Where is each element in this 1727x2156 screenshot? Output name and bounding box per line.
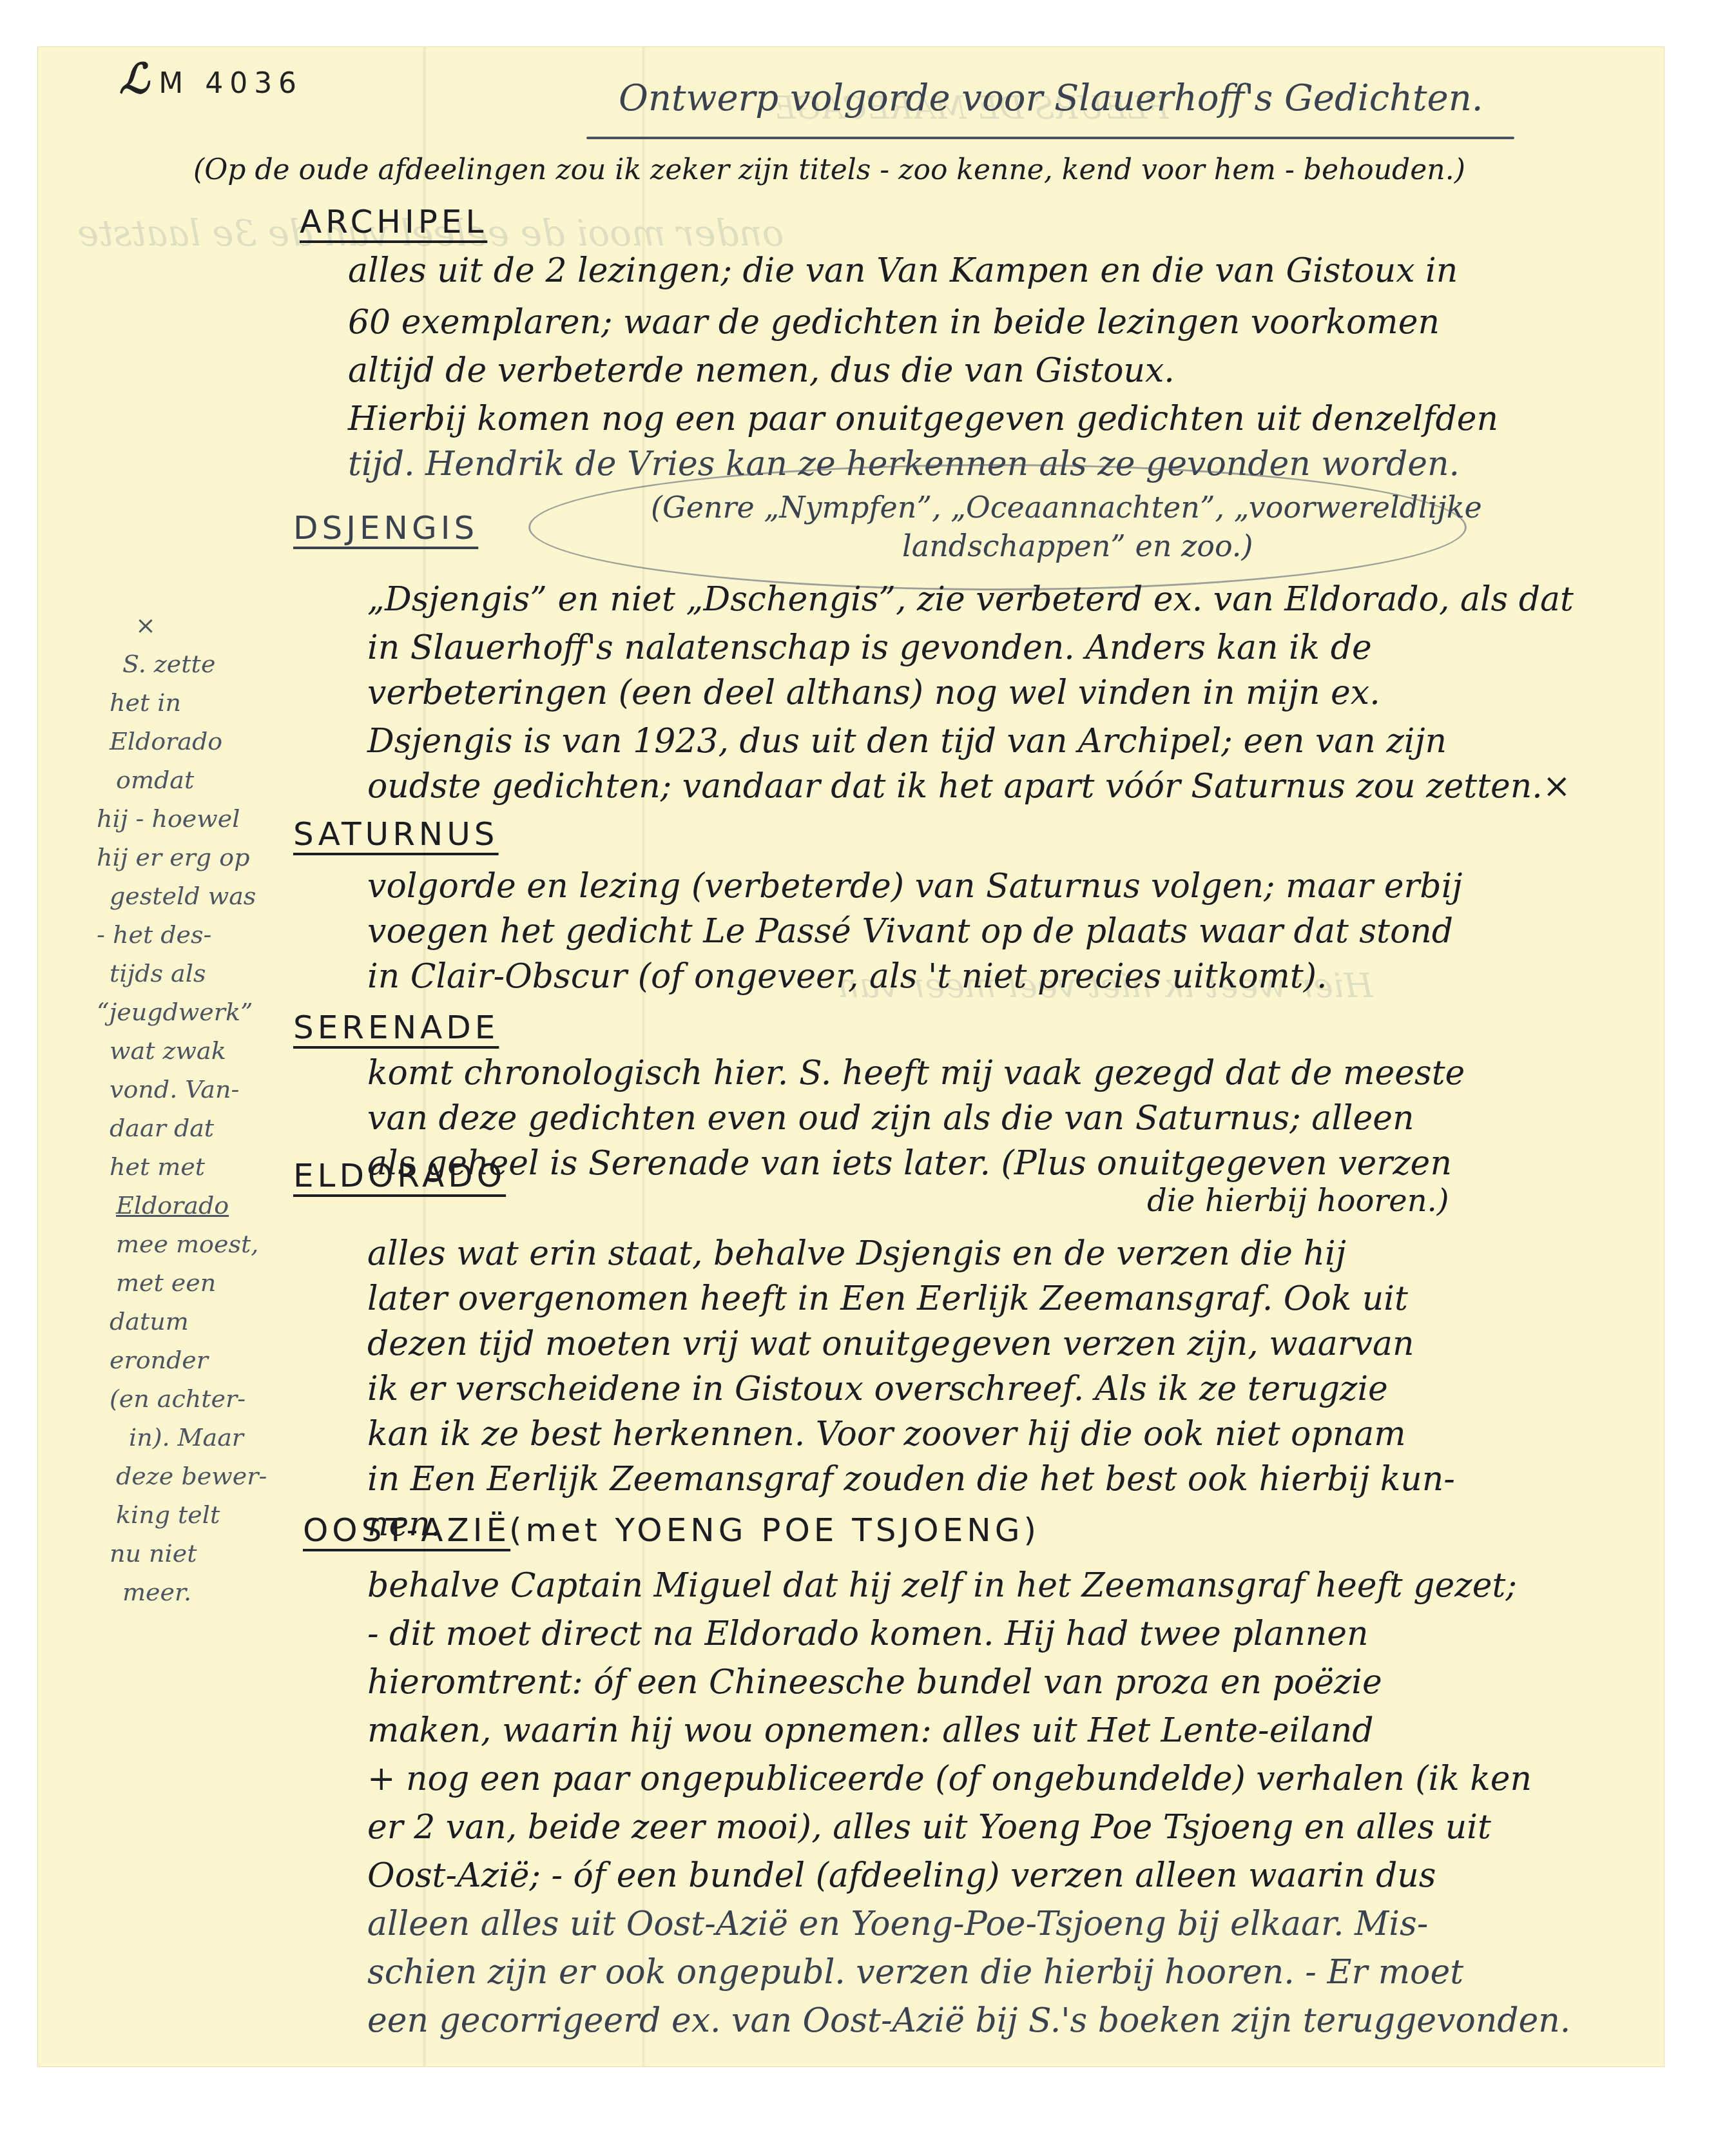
margin-line: meer. (97, 1573, 290, 1611)
section-line: alles uit de 2 lezingen; die van Van Kam… (348, 251, 1458, 290)
margin-line: wat zwak (97, 1031, 290, 1070)
section-line: Oost-Azië; - óf een bundel (afdeeling) v… (367, 1856, 1436, 1895)
section-line: „Dsjengis” en niet „Dschengis”, zie verb… (367, 580, 1574, 619)
margin-line: daar dat (97, 1109, 290, 1147)
section-line: later overgenomen heeft in Een Eerlijk Z… (367, 1279, 1408, 1318)
section-line: oudste gedichten; vandaar dat ik het apa… (367, 767, 1570, 806)
section-line: in Slauerhoff's nalatenschap is gevonden… (367, 628, 1372, 667)
section-line: er 2 van, beide zeer mooi), alles uit Yo… (367, 1808, 1491, 1847)
margin-line: met een (97, 1263, 290, 1302)
section-line: Hierbij komen nog een paar onuitgegeven … (348, 400, 1498, 438)
margin-line: nu niet (97, 1534, 290, 1573)
section-line: een gecorrigeerd ex. van Oost-Azië bij S… (367, 2001, 1570, 2040)
section-line: volgorde en lezing (verbeterde) van Satu… (367, 867, 1462, 906)
section-line: voegen het gedicht Le Passé Vivant op de… (367, 912, 1453, 951)
margin-line: hij er erg op (97, 838, 290, 877)
margin-line: Eldorado (97, 722, 290, 761)
margin-annotation: × S. zette het in Eldorado omdat hij - h… (97, 606, 290, 1611)
margin-line: het in (97, 683, 290, 722)
section-heading-eldorado: ELDORADO (293, 1157, 506, 1194)
margin-line: king telt (97, 1495, 290, 1534)
section-line: in Een Eerlijk Zeemansgraf zouden die he… (367, 1460, 1455, 1499)
margin-line: Eldorado (97, 1186, 290, 1225)
section-line: als geheel is Serenade van iets later. (… (367, 1144, 1452, 1183)
margin-line: mee moest, (97, 1225, 290, 1263)
archive-number: M 4036 (159, 67, 303, 100)
section-line: + nog een paar ongepubliceerde (of ongeb… (367, 1760, 1532, 1798)
margin-line: eronder (97, 1341, 290, 1379)
section-heading-archipel: ARCHIPEL (300, 203, 487, 240)
margin-line: tijds als (97, 954, 290, 993)
section-line: behalve Captain Miguel dat hij zelf in h… (367, 1566, 1517, 1605)
title-underline (586, 137, 1514, 139)
encircling-pencil-loop (528, 464, 1467, 590)
margin-line: vond. Van- (97, 1070, 290, 1109)
section-heading-suffix: (met YOENG POE TSJOENG) (509, 1511, 1040, 1549)
margin-line: hij - hoewel (97, 799, 290, 838)
section-heading-dsjengis: DSJENGIS (293, 509, 478, 547)
section-line: alleen alles uit Oost-Azië en Yoeng-Poe-… (367, 1905, 1428, 1943)
margin-line: datum (97, 1302, 290, 1341)
section-line: dezen tijd moeten vrij wat onuitgegeven … (367, 1325, 1414, 1363)
section-heading-serenade: SERENADE (293, 1009, 499, 1046)
section-line: komt chronologisch hier. S. heeft mij va… (367, 1054, 1465, 1093)
section-line: van deze gedichten even oud zijn als die… (367, 1099, 1414, 1138)
margin-line: het met (97, 1147, 290, 1186)
archive-stamp: ℒ M 4036 (119, 55, 303, 103)
section-line: verbeteringen (een deel althans) nog wel… (367, 674, 1380, 712)
section-heading-oost-azie: OOST-AZIË (303, 1511, 510, 1549)
section-line: 60 exemplaren; waar de gedichten in beid… (348, 303, 1440, 342)
margin-line: omdat (97, 761, 290, 799)
asterisk-marker-icon: × (97, 606, 290, 645)
margin-line: S. zette (97, 645, 290, 683)
section-line: hieromtrent: óf een Chineesche bundel va… (367, 1663, 1382, 1702)
section-line: kan ik ze best herkennen. Voor zoover hi… (367, 1415, 1405, 1453)
document-title: Ontwerp volgorde voor Slauerhoff's Gedic… (619, 77, 1483, 119)
section-line: - dit moet direct na Eldorado komen. Hij… (367, 1615, 1369, 1653)
section-line: schien zijn er ook ongepubl. verzen die … (367, 1953, 1463, 1992)
section-line: altijd de verbeterde nemen, dus die van … (348, 351, 1175, 390)
margin-line: deze bewer- (97, 1457, 290, 1495)
section-line: in Clair-Obscur (of ongeveer, als 't nie… (367, 957, 1327, 996)
section-line: ik er verscheidene in Gistoux overschree… (367, 1370, 1388, 1408)
margin-line: “jeugdwerk” (97, 993, 290, 1031)
margin-line: (en achter- (97, 1379, 290, 1418)
margin-line: - het des- (97, 915, 290, 954)
section-line: alles wat erin staat, behalve Dsjengis e… (367, 1234, 1346, 1273)
section-line: Dsjengis is van 1923, dus uit den tijd v… (367, 722, 1447, 761)
margin-line: in). Maar (97, 1418, 290, 1457)
archive-logo-icon: ℒ (119, 55, 149, 103)
section-heading-saturnus: SATURNUS (293, 815, 499, 853)
document-subtitle: (Op de oude afdeelingen zou ik zeker zij… (193, 153, 1465, 186)
margin-line: gesteld was (97, 877, 290, 915)
section-line: die hierbij hooren.) (1147, 1183, 1449, 1219)
section-line: maken, waarin hij wou opnemen: alles uit… (367, 1711, 1373, 1750)
